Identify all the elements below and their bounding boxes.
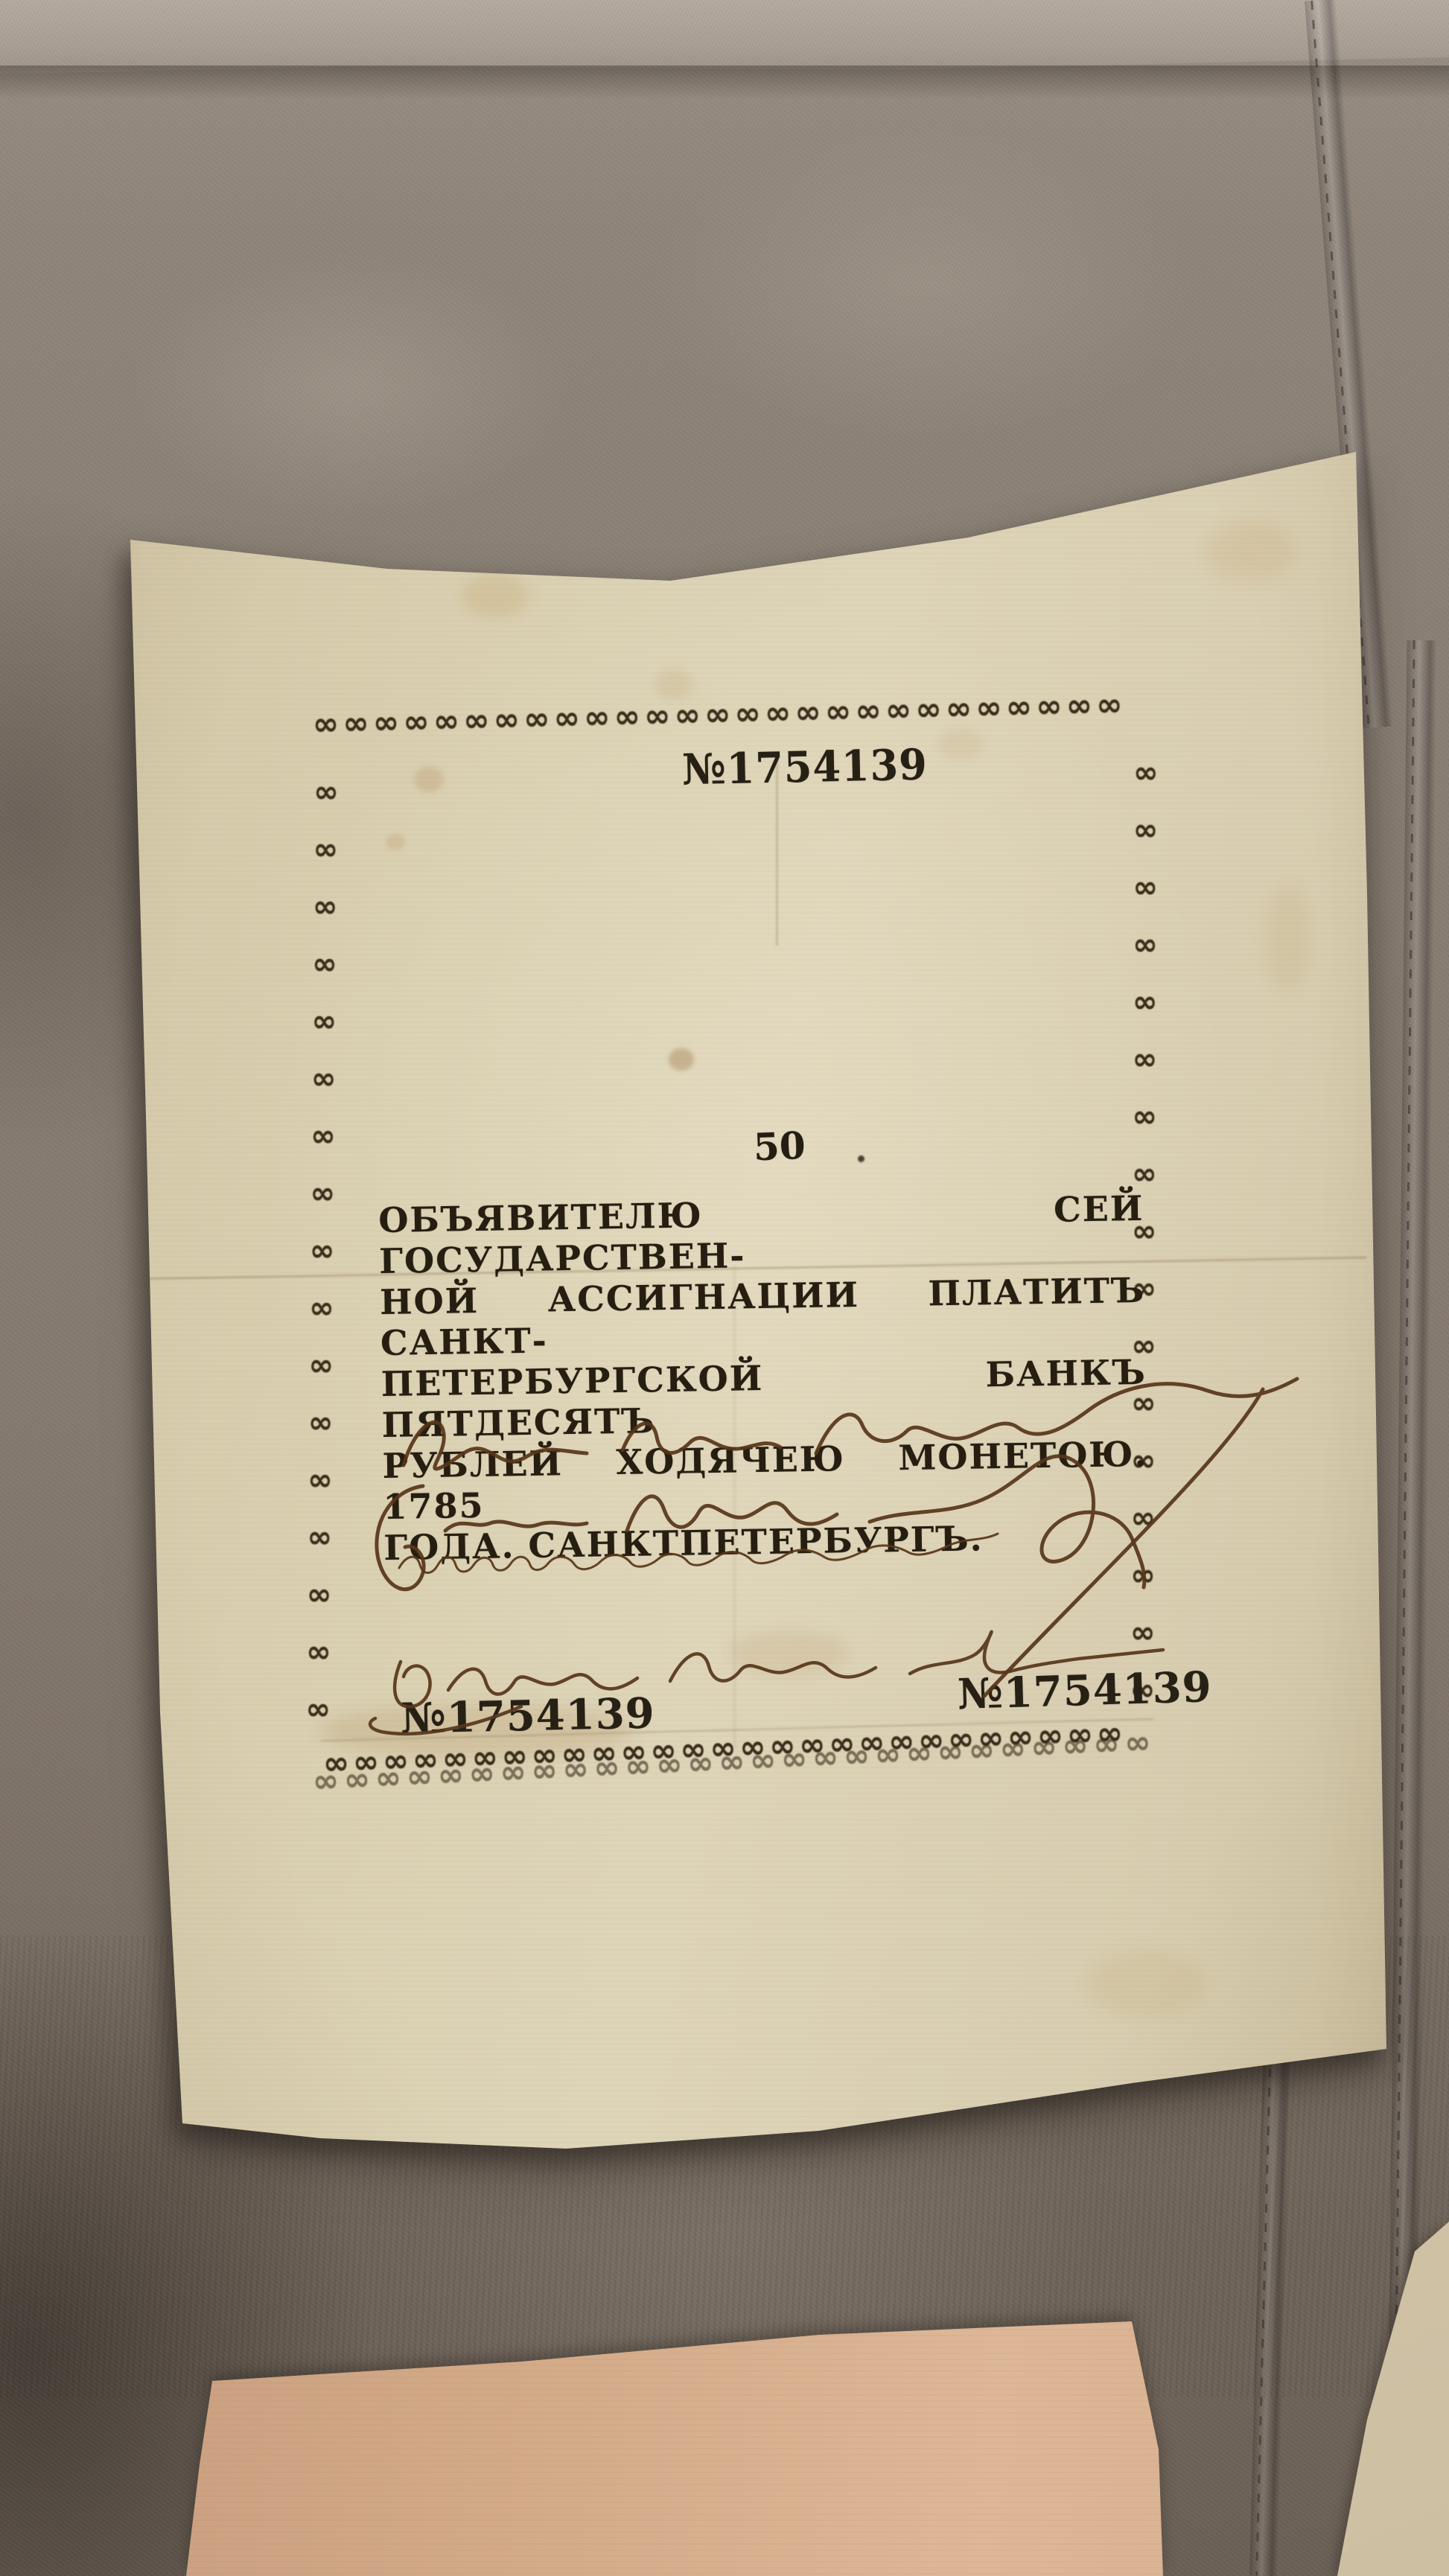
cream-paper-wrap	[0, 0, 1449, 2576]
photo-banknote-on-suede: ∞∞∞∞∞∞∞∞∞∞∞∞∞∞∞∞∞∞∞∞∞∞∞∞∞∞∞ ∞ ∞ ∞ ∞ ∞ ∞ …	[0, 0, 1449, 2576]
cream-paper-corner	[0, 0, 1449, 2576]
